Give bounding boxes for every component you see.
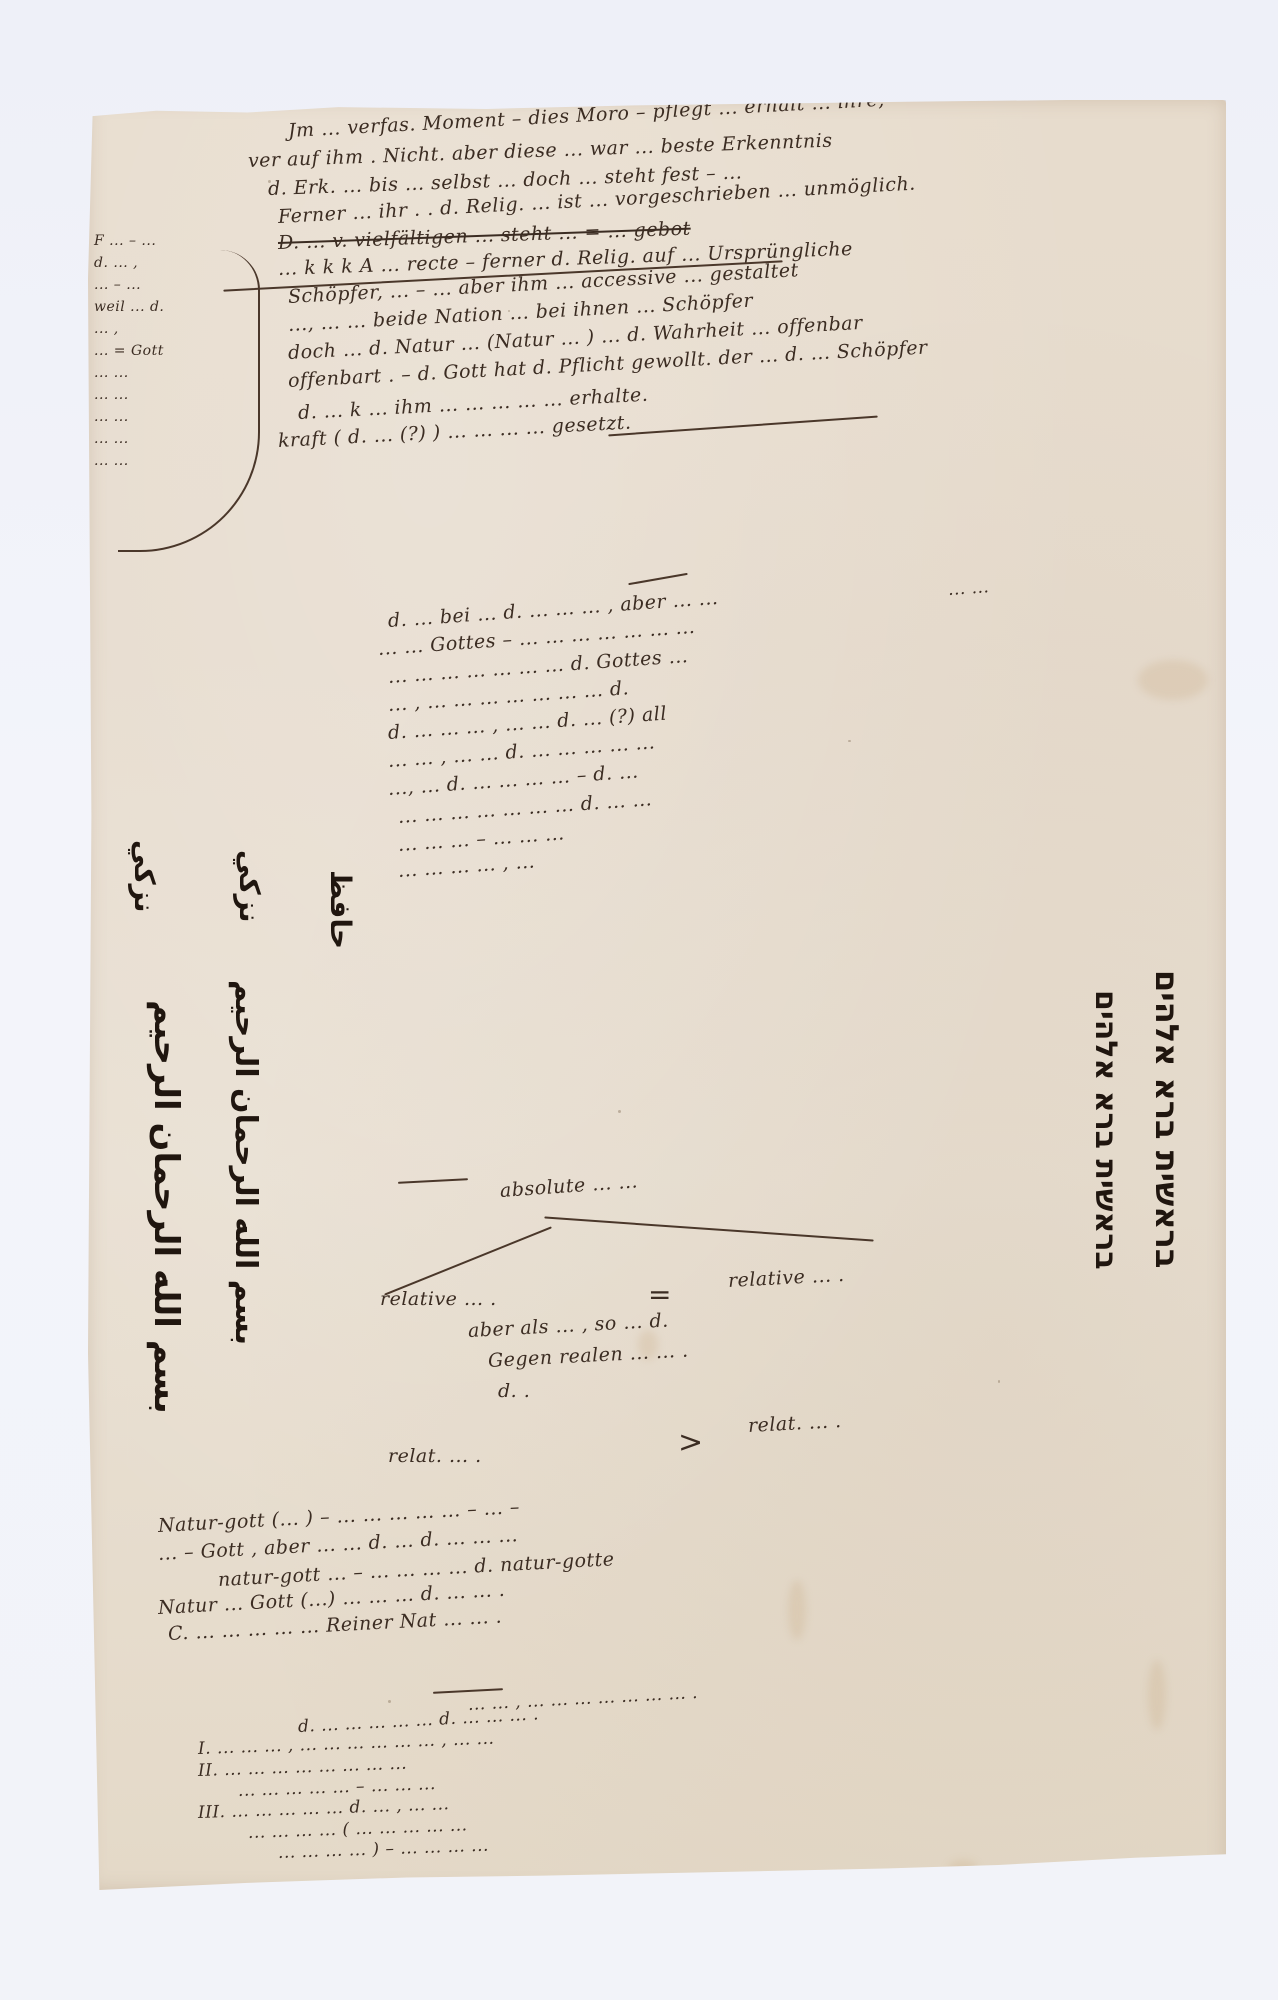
diagram-bracket-top xyxy=(544,1216,873,1241)
middle-paragraph: ... ... d. ... bei ... d. ... ... ... , … xyxy=(388,580,719,820)
arabic-bismillah-2: بسم الله الرحمان الرحيم xyxy=(228,980,263,1500)
diagram-left-term: relative ... . xyxy=(380,1288,497,1310)
manuscript-page: Jm ... verfas. Moment – dies Moro – pfle… xyxy=(88,100,1226,1890)
arabic-fragment: نزكي xyxy=(233,850,266,923)
paper-speck xyxy=(848,740,851,742)
diagram-top-label: absolute ... ... xyxy=(499,1170,638,1202)
paper-speck xyxy=(998,1380,1000,1383)
diagram-equals: = xyxy=(648,1278,672,1311)
lower-paragraph: Natur-gott (... ) – ... ... ... ... ... … xyxy=(158,1515,555,1625)
arabic-fragment: حافظ xyxy=(324,870,357,949)
final-paragraph: ... ... , ... ... ... ... ... ... ... . … xyxy=(198,1695,495,1855)
paper-stain xyxy=(1148,1660,1166,1730)
paper-stain xyxy=(1138,660,1208,700)
margin-note-line: F ... – ... xyxy=(94,230,164,252)
hebrew-bereshit-1: בראשית ברא אלהים xyxy=(1088,990,1123,1490)
margin-bracket xyxy=(118,250,260,552)
paper-stain xyxy=(948,1860,978,1880)
diagram-sub-line: Gegen realen ... ... . xyxy=(487,1340,689,1372)
diagram-sub-line: d. . xyxy=(498,1380,530,1402)
hebrew-bereshit-2: בראשית ברא אלהים xyxy=(1148,970,1186,1490)
diagram-right-term: relative ... . xyxy=(727,1264,845,1292)
diagram-left-term-2: relat. ... . xyxy=(388,1445,482,1467)
section-divider xyxy=(398,1178,468,1184)
paper-speck xyxy=(618,1110,621,1113)
arabic-fragment: نزكي xyxy=(128,840,161,913)
diagram-arrow: > xyxy=(678,1425,704,1460)
paragraph-heading: ... ... xyxy=(947,557,1278,600)
diagram-right-term-2: relat. ... . xyxy=(747,1410,842,1437)
diagram-bracket-left xyxy=(384,1226,552,1295)
top-paragraph: Jm ... verfas. Moment – dies Moro – pfle… xyxy=(288,120,928,384)
paper-stain xyxy=(788,1580,806,1640)
arabic-bismillah-1: بسم الله الرحمان الرحيم xyxy=(146,1000,186,1500)
